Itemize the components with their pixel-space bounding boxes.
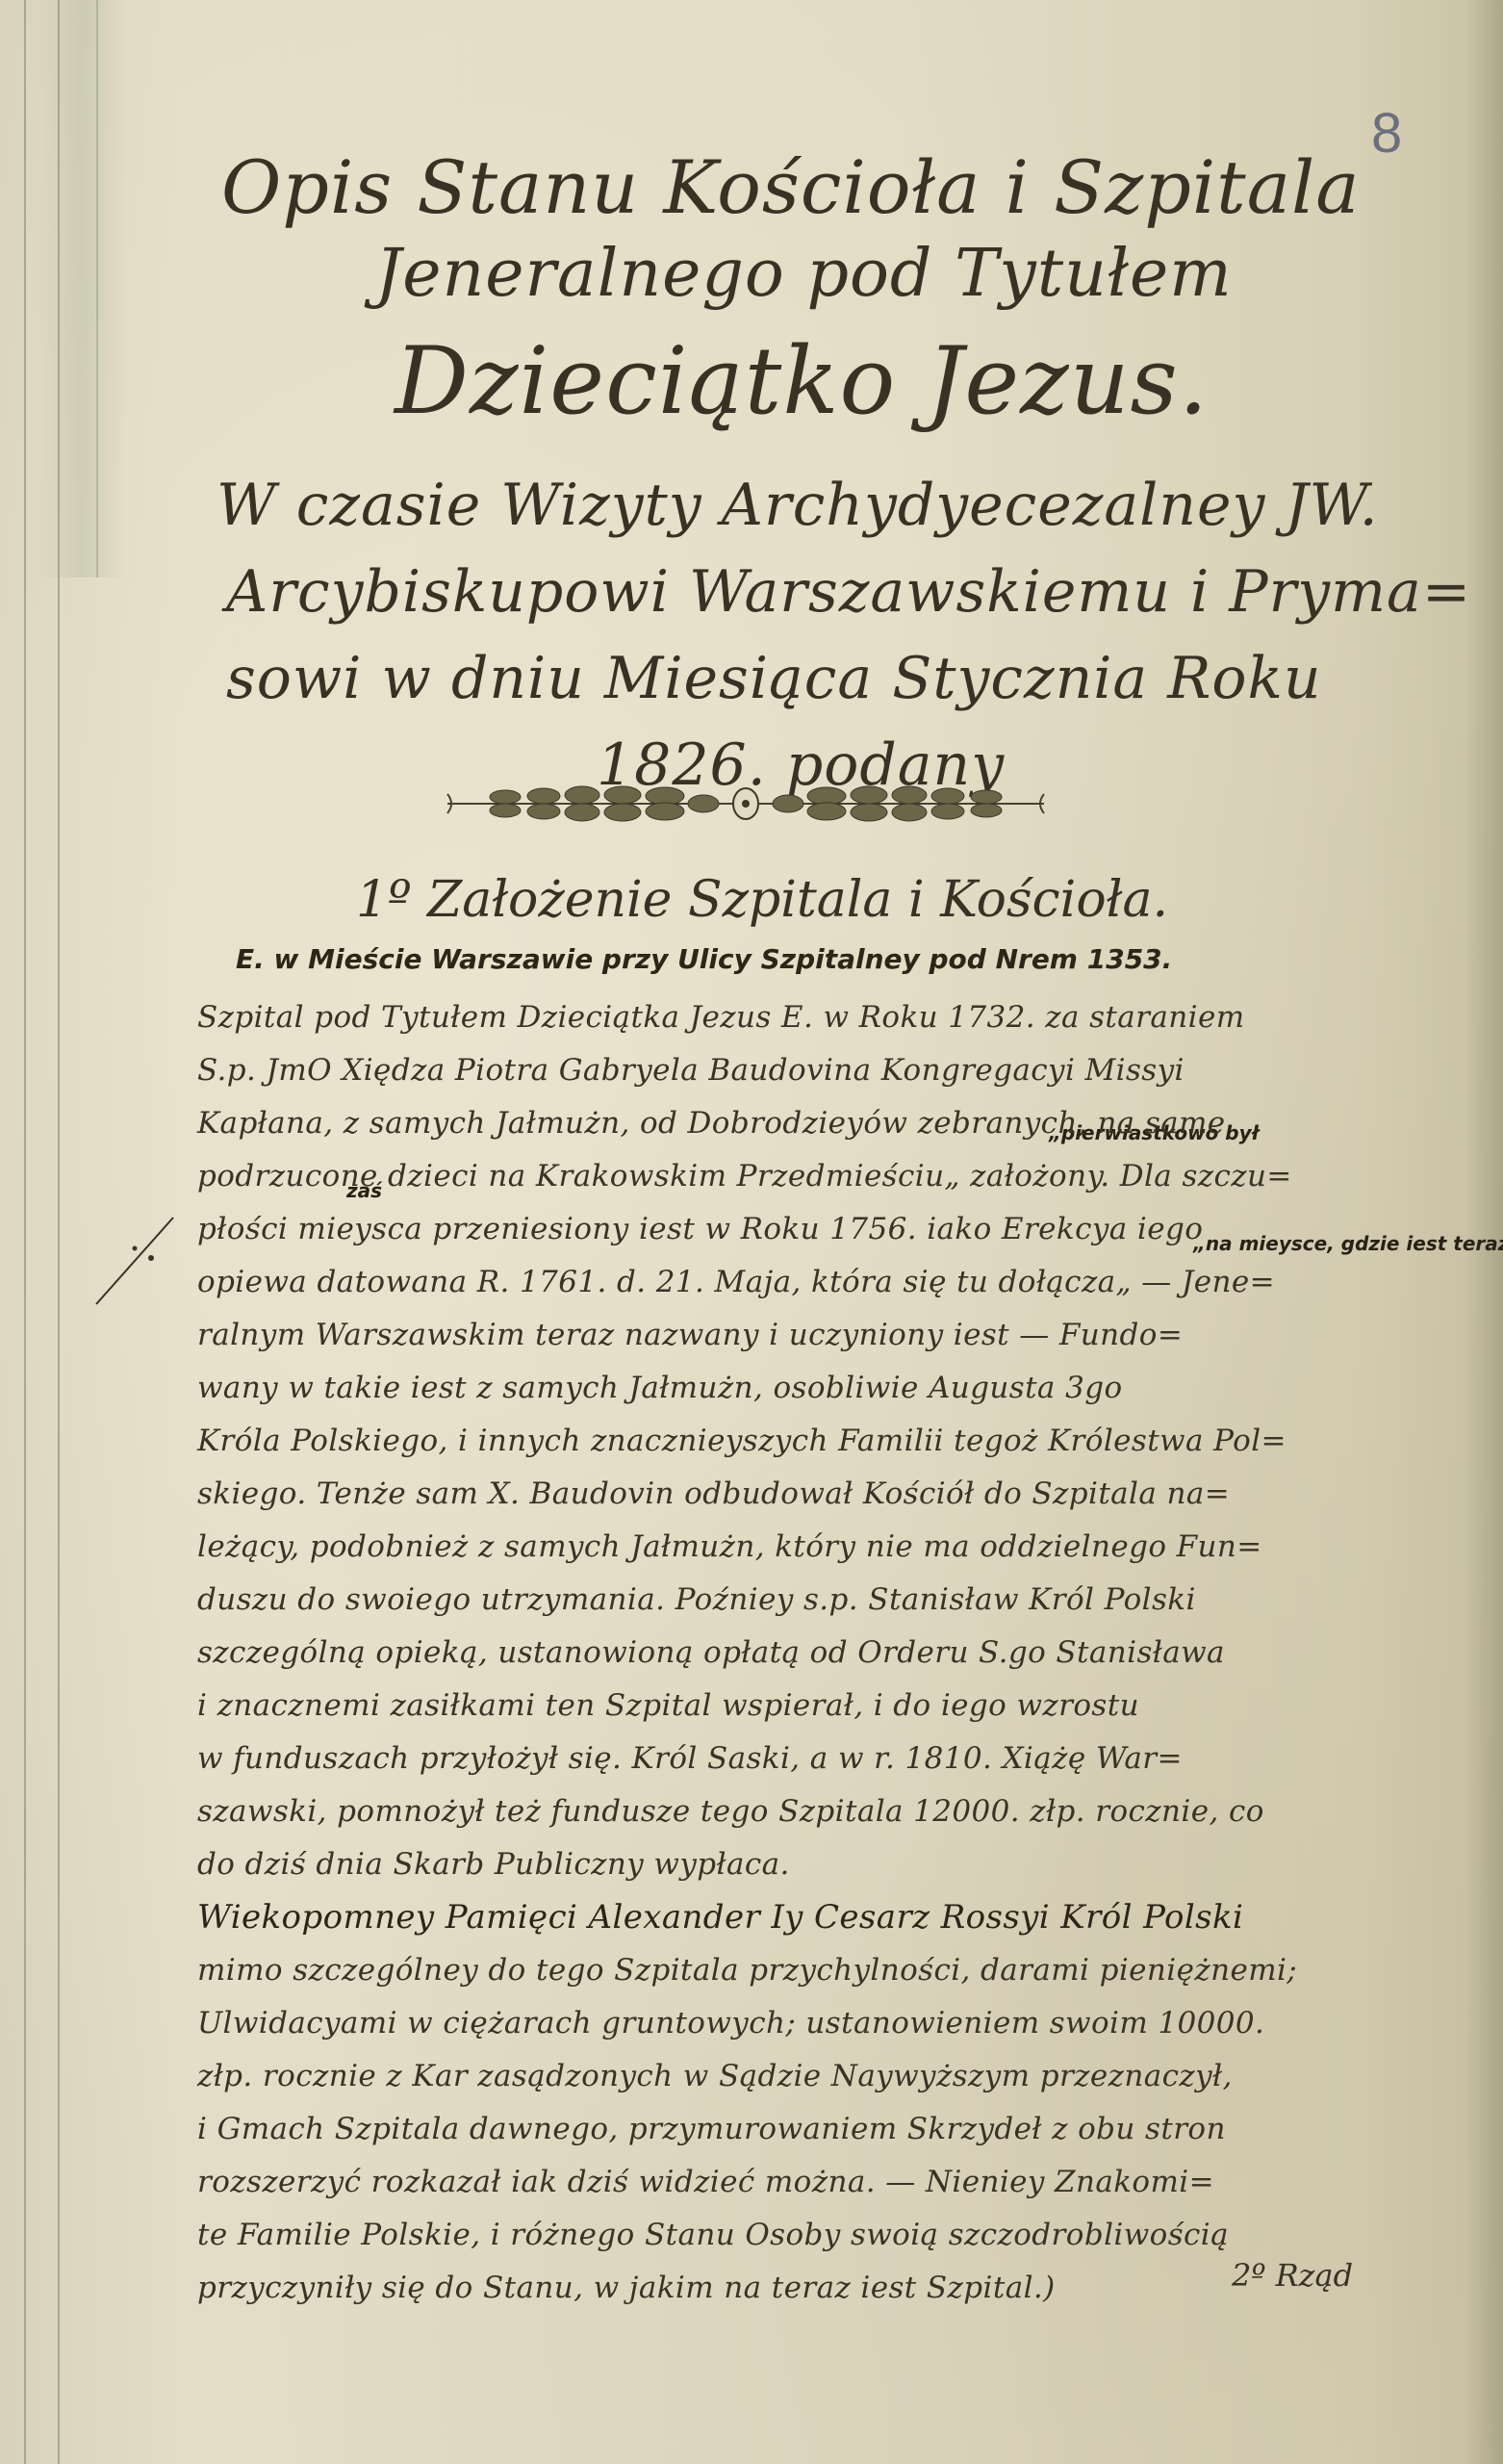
body-line: złp. rocznie z Kar zasądzonych w Sądzie … <box>197 2050 1477 2103</box>
title-line-4: W czasie Wizyty Archydyecezalney JW. <box>217 472 1379 539</box>
body-line: szczególną opieką, ustanowioną opłatą od… <box>197 1627 1477 1680</box>
body-line: w funduszach przyłożył się. Król Saski, … <box>197 1732 1477 1785</box>
body-line: podrzucone dzieci na Krakowskim Przedmie… <box>197 1150 1477 1203</box>
body-line: Ulwidacyami w ciężarach gruntowych; usta… <box>197 1997 1477 2050</box>
body-line: Wiekopomney Pamięci Alexander Iy Cesarz … <box>197 1891 1477 1944</box>
body-line: płości mieysca przeniesiony iest w Roku … <box>197 1203 1477 1256</box>
body-line: do dziś dnia Skarb Publiczny wypłaca. <box>197 1838 1477 1891</box>
margin-slash-mark-icon <box>91 1208 188 1314</box>
body-line: S.p. JmO Xiędza Piotra Gabryela Baudovin… <box>197 1044 1477 1097</box>
body-line: te Familie Polskie, i różnego Stanu Osob… <box>197 2209 1477 2262</box>
body-line: Króla Polskiego, i innych znacznieyszych… <box>197 1415 1477 1468</box>
body-line: mimo szczególney do tego Szpitala przych… <box>197 1944 1477 1997</box>
section-heading: 1º Założenie Szpitala i Kościoła. <box>356 871 1168 929</box>
laurel-ornament-icon <box>438 780 1054 828</box>
body-line: skiego. Tenże sam X. Baudovin odbudował … <box>197 1468 1477 1521</box>
title-line-5: Arcybiskupowi Warszawskiemu i Pryma= <box>226 558 1471 626</box>
catchword: 2º Rząd <box>1232 2257 1353 2294</box>
body-line: duszu do swoiego utrzymania. Poźniey s.p… <box>197 1574 1477 1627</box>
body-line: i znacznemi zasiłkami ten Szpital wspier… <box>197 1680 1477 1732</box>
body-line: Kapłana, z samych Jałmużn, od Dobrodziey… <box>197 1097 1477 1150</box>
body-line: wany w takie iest z samych Jałmużn, osob… <box>197 1362 1477 1415</box>
body-line: i Gmach Szpitala dawnego, przymurowaniem… <box>197 2103 1477 2156</box>
body-line: rozszerzyć rozkazał iak dziś widzieć moż… <box>197 2156 1477 2209</box>
body-line: szawski, pomnożył też fundusze tego Szpi… <box>197 1785 1477 1838</box>
body-line: leżący, podobnież z samych Jałmużn, któr… <box>197 1521 1477 1574</box>
title-line-6: sowi w dniu Miesiąca Stycznia Roku <box>226 645 1322 712</box>
folio-number: 8 <box>1371 101 1402 166</box>
inserted-address-line: E. w Mieście Warszawie przy Ulicy Szpita… <box>236 943 1172 975</box>
page-fold-shadow <box>38 0 125 577</box>
title-line-3: Dzieciątko Jezus. <box>395 327 1209 435</box>
binding-edge-line <box>58 0 60 2464</box>
body-text: Szpital pod Tytułem Dzieciątka Jezus E. … <box>197 991 1477 2315</box>
body-line: Szpital pod Tytułem Dzieciątka Jezus E. … <box>197 991 1477 1044</box>
page-edge-line <box>24 0 26 2464</box>
body-line: ralnym Warszawskim teraz nazwany i uczyn… <box>197 1309 1477 1362</box>
manuscript-page: 8 Opis Stanu Kościoła i Szpitala Jeneral… <box>0 0 1503 2464</box>
title-line-2: Jeneralnego pod Tytułem <box>375 236 1233 312</box>
title-line-1: Opis Stanu Kościoła i Szpitala <box>221 144 1361 230</box>
binding-edge-line <box>96 0 98 577</box>
body-line: opiewa datowana R. 1761. d. 21. Maja, kt… <box>197 1256 1477 1309</box>
